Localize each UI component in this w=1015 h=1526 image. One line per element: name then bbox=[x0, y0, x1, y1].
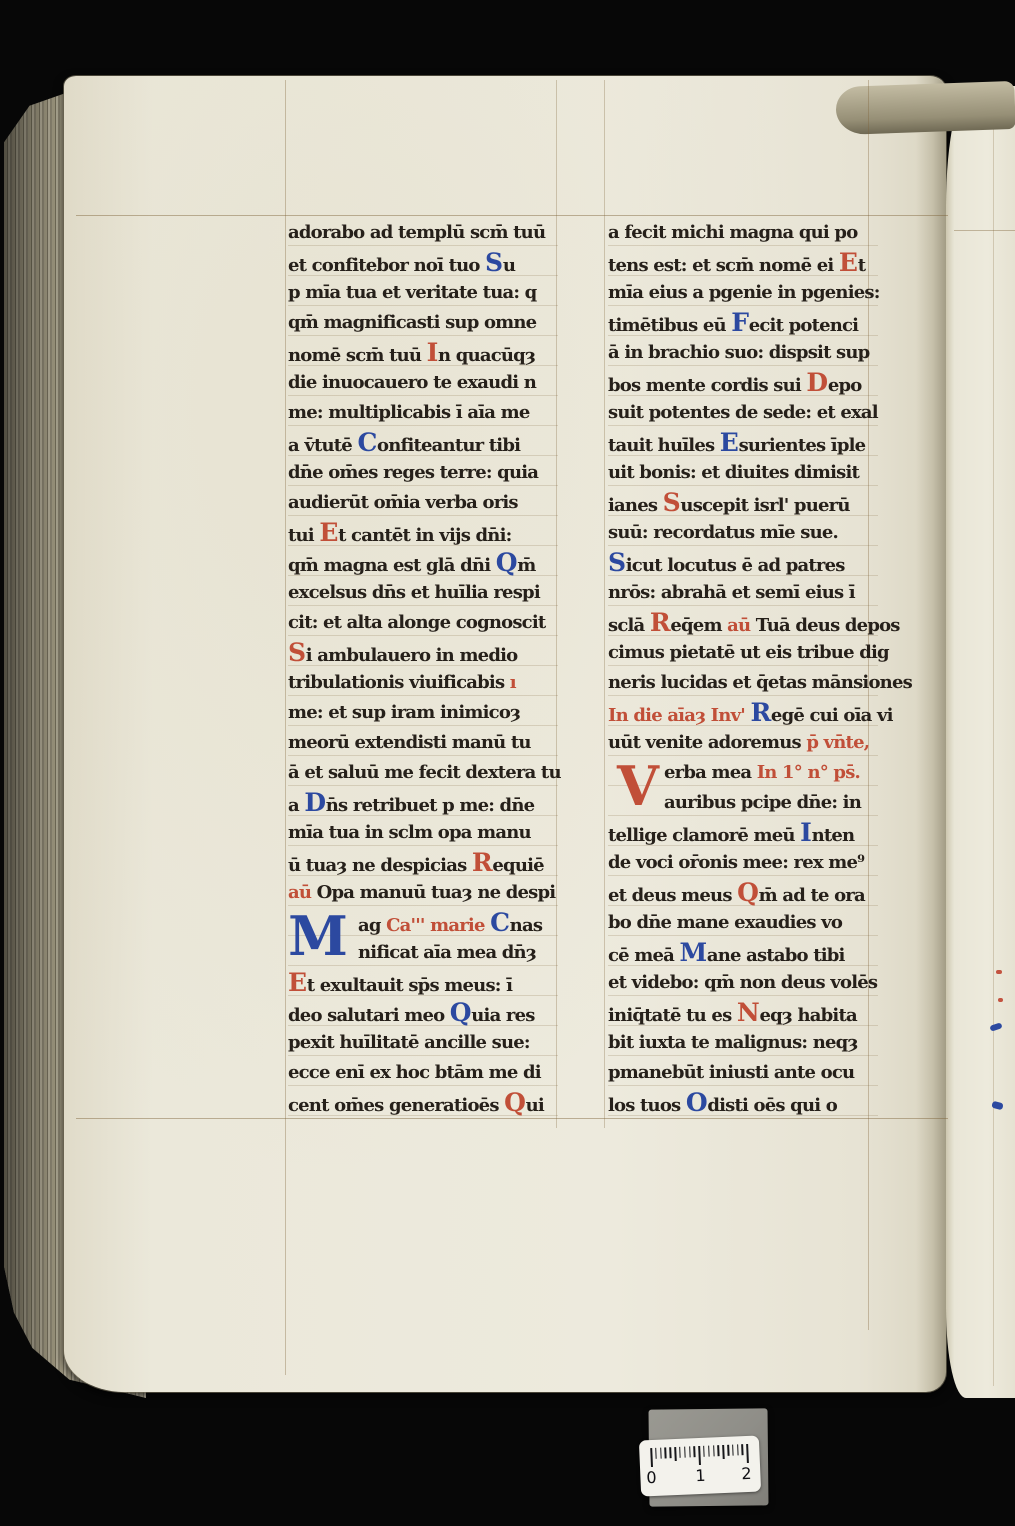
text-line: nomē scm̄ tuū In quacūqȝ bbox=[288, 338, 558, 368]
text-segment: tens est: et scm̄ nomē ei bbox=[608, 255, 839, 276]
text-segment: aū bbox=[727, 615, 756, 636]
ruler-tick bbox=[669, 1447, 671, 1458]
text-segment: adorabo ad templū scm̄ tuū bbox=[288, 222, 545, 243]
text-segment: icut locutus ē ad patres bbox=[626, 555, 845, 576]
text-segment: nten bbox=[812, 825, 855, 846]
text-segment: los tuos bbox=[608, 1095, 686, 1116]
text-line: suit potentes de sede: et exal bbox=[608, 398, 878, 428]
ruler-tick bbox=[674, 1447, 676, 1461]
text-segment: mīa eius a pgenie in pgenies: bbox=[608, 282, 880, 303]
ruler-tick bbox=[727, 1445, 729, 1456]
text-line: bit iuxta te malignus: neqȝ bbox=[608, 1028, 878, 1058]
ruler-tick bbox=[732, 1445, 734, 1456]
text-segment: de voci or̄onis mee: rex me⁹ bbox=[608, 852, 864, 873]
text-segment: u bbox=[503, 255, 515, 276]
text-segment: uūt venite adoremus bbox=[608, 732, 806, 753]
text-segment: ianes bbox=[608, 495, 663, 516]
illuminated-initial: Q bbox=[504, 1088, 525, 1117]
text-segment: uit bonis: et diuites dimisit bbox=[608, 462, 859, 483]
text-segment: nas bbox=[510, 915, 542, 936]
gutter-shadow bbox=[916, 76, 946, 1392]
text-segment: onfiteantur tibi bbox=[377, 435, 520, 456]
illuminated-initial: M bbox=[680, 938, 707, 967]
text-segment: me: multiplicabis ī aīa me bbox=[288, 402, 529, 423]
illuminated-initial: E bbox=[319, 518, 338, 547]
text-segment: timētibus eū bbox=[608, 315, 731, 336]
illuminated-initial: R bbox=[650, 608, 670, 637]
ruler-tick bbox=[718, 1445, 720, 1456]
text-line: iniq̄tatē tu es Neqȝ habita bbox=[608, 998, 878, 1028]
illuminated-initial: S bbox=[608, 548, 626, 577]
text-segment: egē cui oīa vi bbox=[771, 705, 893, 726]
text-segment: bos mente cordis sui bbox=[608, 375, 806, 396]
ruler-sticker: 0 1 2 bbox=[639, 1436, 761, 1497]
illuminated-initial: R bbox=[750, 698, 770, 727]
illuminated-initial-large: V bbox=[605, 756, 671, 818]
text-line: et deus meus Qm̄ ad te ora bbox=[608, 878, 878, 908]
ruler-tick bbox=[660, 1448, 662, 1459]
text-segment: t cantēt in vijs dn̄i: bbox=[338, 525, 511, 546]
text-line: adorabo ad templū scm̄ tuū bbox=[288, 218, 558, 248]
illuminated-initial: S bbox=[663, 488, 681, 517]
text-column-right: a fecit michi magna qui potens est: et s… bbox=[608, 218, 878, 1118]
text-segment: t bbox=[858, 255, 866, 276]
text-segment: iniq̄tatē tu es bbox=[608, 1005, 737, 1026]
ruler-tick bbox=[742, 1444, 744, 1455]
manuscript-photo: adorabo ad templū scm̄ tuūet confitebor … bbox=[0, 0, 1015, 1526]
ruler-tick bbox=[689, 1446, 691, 1457]
ruler-tick bbox=[708, 1446, 710, 1457]
illuminated-initial: I bbox=[800, 818, 811, 847]
text-segment: equiē bbox=[492, 855, 543, 876]
text-segment: die inuocauero te exaudi n bbox=[288, 372, 536, 393]
text-line: Et exultauit sp̄s meus: ī bbox=[288, 968, 558, 998]
text-column-left: adorabo ad templū scm̄ tuūet confitebor … bbox=[288, 218, 558, 1118]
text-segment: ag bbox=[358, 915, 386, 936]
text-segment: m̄ ad te ora bbox=[759, 885, 865, 906]
ruler-tick bbox=[737, 1444, 739, 1455]
illuminated-initial: S bbox=[288, 638, 306, 667]
text-line: tens est: et scm̄ nomē ei Et bbox=[608, 248, 878, 278]
text-segment: p̄ vn̄te, bbox=[806, 732, 869, 753]
ruler-ticks bbox=[650, 1444, 749, 1468]
text-line: ecce enī ex hoc btām me di bbox=[288, 1058, 558, 1088]
ruler-tick bbox=[703, 1446, 705, 1457]
text-segment: cit: et alta alonge cognoscit bbox=[288, 612, 545, 633]
text-line: cē meā Mane astabo tibi bbox=[608, 938, 878, 968]
text-segment: erba mea bbox=[664, 762, 757, 783]
text-segment: n̄s retribuet p me: dn̄e bbox=[326, 795, 535, 816]
text-segment: disti oēs qui o bbox=[707, 1095, 837, 1116]
ruler-number: 2 bbox=[741, 1464, 752, 1484]
illuminated-initial: C bbox=[490, 908, 510, 937]
text-segment: ı bbox=[510, 672, 516, 693]
text-segment: dn̄e om̄es reges terre: quia bbox=[288, 462, 538, 483]
text-line: los tuos Odisti oēs qui o bbox=[608, 1088, 878, 1118]
text-line: die inuocauero te exaudi n bbox=[288, 368, 558, 398]
illuminated-initial: F bbox=[731, 308, 748, 337]
illuminated-initial: E bbox=[288, 968, 307, 997]
ruling-line bbox=[993, 106, 994, 1386]
text-line: ā in brachio suo: dispsit sup bbox=[608, 338, 878, 368]
text-line: bos mente cordis sui Depo bbox=[608, 368, 878, 398]
ruler-tick bbox=[746, 1444, 748, 1463]
ruler-tick bbox=[684, 1447, 686, 1458]
text-segment: tellige clamorē meū bbox=[608, 825, 800, 846]
text-segment: et videbo: qm̄ non deus volēs bbox=[608, 972, 877, 993]
text-segment: cimus pietatē ut eis tribue dig bbox=[608, 642, 889, 663]
text-line: tribulationis viuificabis ı bbox=[288, 668, 558, 698]
text-segment: ā in brachio suo: dispsit sup bbox=[608, 342, 869, 363]
text-line: de voci or̄onis mee: rex me⁹ bbox=[608, 848, 878, 878]
text-segment: ui bbox=[526, 1095, 544, 1116]
text-segment: suū: recordatus mīe sue. bbox=[608, 522, 838, 543]
facing-page-edge bbox=[946, 86, 1015, 1398]
text-line: ianes Suscepit isrl' puerū bbox=[608, 488, 878, 518]
text-line: uit bonis: et diuites dimisit bbox=[608, 458, 878, 488]
text-segment: aū bbox=[288, 882, 317, 903]
ruling-line-top bbox=[76, 215, 948, 216]
text-segment: auribus pcipe dn̄e: in bbox=[664, 792, 861, 813]
illuminated-initial: C bbox=[357, 428, 377, 457]
ruling-line-vertical bbox=[285, 80, 286, 1375]
text-segment: uscepit isrl' puerū bbox=[680, 495, 849, 516]
text-segment: pmanebūt iniusti ante ocu bbox=[608, 1062, 854, 1083]
text-line: tui Et cantēt in vijs dn̄i: bbox=[288, 518, 558, 548]
text-segment: ane astabo tibi bbox=[707, 945, 845, 966]
text-line: mīa tua in sclm opa manu bbox=[288, 818, 558, 848]
illuminated-initial: D bbox=[304, 788, 325, 817]
text-segment: nomē scm̄ tuū bbox=[288, 345, 427, 366]
ruler-tick bbox=[693, 1446, 695, 1457]
text-segment: t exultauit sp̄s meus: ī bbox=[307, 975, 512, 996]
ruler-tick bbox=[698, 1446, 700, 1465]
text-line: nrōs: abrahā et semī eius ī bbox=[608, 578, 878, 608]
text-line: tellige clamorē meū Inten bbox=[608, 818, 878, 848]
ruler-tick bbox=[650, 1448, 652, 1467]
text-line: pexit huīlitatē ancille sue: bbox=[288, 1028, 558, 1058]
text-segment: et confitebor noī tuo bbox=[288, 255, 485, 276]
text-segment: a bbox=[288, 795, 304, 816]
text-segment: suit potentes de sede: et exal bbox=[608, 402, 878, 423]
illuminated-initial: R bbox=[472, 848, 492, 877]
text-segment: n quacūqȝ bbox=[438, 345, 535, 366]
text-line: me: et sup iram inimicoȝ bbox=[288, 698, 558, 728]
text-line: ā et saluū me fecit dextera tu bbox=[288, 758, 558, 788]
text-segment: ā et saluū me fecit dextera tu bbox=[288, 762, 561, 783]
text-segment: pexit huīlitatē ancille sue: bbox=[288, 1032, 530, 1053]
text-segment: meorū extendisti manū tu bbox=[288, 732, 531, 753]
text-segment: nrōs: abrahā et semī eius ī bbox=[608, 582, 855, 603]
text-segment: qm̄ magnificasti sup omne bbox=[288, 312, 536, 333]
text-segment: deo salutari meo bbox=[288, 1005, 450, 1026]
text-segment: eqȝ habita bbox=[759, 1005, 856, 1026]
illuminated-initial: O bbox=[686, 1088, 707, 1117]
text-line: ū tuaȝ ne despicias Requiē bbox=[288, 848, 558, 878]
text-segment: audierūt om̄ia verba oris bbox=[288, 492, 518, 513]
text-segment: ū tuaȝ ne despicias bbox=[288, 855, 472, 876]
illuminated-initial: Q bbox=[737, 878, 758, 907]
text-segment: tauit huīles bbox=[608, 435, 720, 456]
illuminated-initial: D bbox=[806, 368, 827, 397]
text-line: et confitebor noī tuo Su bbox=[288, 248, 558, 278]
text-line: meorū extendisti manū tu bbox=[288, 728, 558, 758]
text-line: timētibus eū Fecit potenci bbox=[608, 308, 878, 338]
red-ink-mark bbox=[998, 998, 1003, 1002]
ruling-line-bottom bbox=[76, 1118, 948, 1119]
illuminated-initial: N bbox=[737, 998, 760, 1027]
text-segment: tribulationis viuificabis bbox=[288, 672, 510, 693]
text-line: a v̄tutē Confiteantur tibi bbox=[288, 428, 558, 458]
text-line: tauit huīles Esurientes īple bbox=[608, 428, 878, 458]
text-segment: neris lucidas et q̄etas mānsiones bbox=[608, 672, 912, 693]
text-line: suū: recordatus mīe sue. bbox=[608, 518, 878, 548]
blue-ink-mark bbox=[989, 1022, 1002, 1031]
ruling-line bbox=[954, 230, 1015, 231]
text-line: dn̄e om̄es reges terre: quia bbox=[288, 458, 558, 488]
text-line: deo salutari meo Quia res bbox=[288, 998, 558, 1028]
text-segment: bo dn̄e mane exaudies vo bbox=[608, 912, 842, 933]
text-line: neris lucidas et q̄etas mānsiones bbox=[608, 668, 878, 698]
text-segment: In 1° n° ps̄. bbox=[757, 762, 860, 783]
text-segment: bit iuxta te malignus: neqȝ bbox=[608, 1032, 858, 1053]
text-line: qm̄ magnificasti sup omne bbox=[288, 308, 558, 338]
text-segment: p mīa tua et veritate tua: q bbox=[288, 282, 536, 303]
ruler-tick bbox=[655, 1448, 657, 1459]
text-segment: cē meā bbox=[608, 945, 680, 966]
text-segment: epo bbox=[828, 375, 862, 396]
text-line: pmanebūt iniusti ante ocu bbox=[608, 1058, 878, 1088]
text-segment: et deus meus bbox=[608, 885, 737, 906]
illuminated-initial: Q bbox=[496, 548, 517, 577]
text-line: et videbo: qm̄ non deus volēs bbox=[608, 968, 878, 998]
illuminated-initial: E bbox=[839, 248, 858, 277]
text-segment: mīa tua in sclm opa manu bbox=[288, 822, 531, 843]
text-line: qm̄ magna est glā dn̄i Qm̄ bbox=[288, 548, 558, 578]
ruler-number: 1 bbox=[695, 1466, 706, 1486]
text-line: In die aīaȝ Inv' Regē cui oīa vi bbox=[608, 698, 878, 728]
text-segment: ecit potenci bbox=[749, 315, 858, 336]
text-line: cent om̄es generatioēs Qui bbox=[288, 1088, 558, 1118]
text-segment: surientes īple bbox=[739, 435, 866, 456]
illuminated-initial: I bbox=[427, 338, 438, 367]
rolled-parchment-edge bbox=[835, 81, 1015, 135]
illuminated-initial: E bbox=[720, 428, 739, 457]
ruler-tick bbox=[665, 1447, 667, 1458]
text-line: sclā Req̄em aū Tuā deus depos bbox=[608, 608, 878, 638]
text-line: cimus pietatē ut eis tribue dig bbox=[608, 638, 878, 668]
text-segment: excelsus dn̄s et huīlia respi bbox=[288, 582, 540, 603]
text-line: mīa eius a pgenie in pgenies: bbox=[608, 278, 878, 308]
text-line: bo dn̄e mane exaudies vo bbox=[608, 908, 878, 938]
text-segment: i ambulauero in medio bbox=[306, 645, 518, 666]
illuminated-initial: S bbox=[485, 248, 503, 277]
text-segment: Ca''' marie bbox=[386, 915, 490, 936]
text-line: p mīa tua et veritate tua: q bbox=[288, 278, 558, 308]
text-segment: a v̄tutē bbox=[288, 435, 357, 456]
text-segment: eq̄em bbox=[670, 615, 727, 636]
ruler-tick bbox=[713, 1445, 715, 1456]
text-segment: cent om̄es generatioēs bbox=[288, 1095, 504, 1116]
text-line: Sicut locutus ē ad patres bbox=[608, 548, 878, 578]
text-segment: In die aīaȝ Inv' bbox=[608, 705, 750, 726]
text-line: cit: et alta alonge cognoscit bbox=[288, 608, 558, 638]
text-segment: ecce enī ex hoc btām me di bbox=[288, 1062, 541, 1083]
illuminated-initial-large: M bbox=[285, 906, 351, 968]
ruler-number: 0 bbox=[646, 1468, 657, 1488]
text-segment: Tuā deus depos bbox=[756, 615, 900, 636]
text-segment: sclā bbox=[608, 615, 650, 636]
text-segment: uia res bbox=[471, 1005, 534, 1026]
text-segment: tui bbox=[288, 525, 319, 546]
illuminated-initial: Q bbox=[450, 998, 471, 1027]
ruler-tick bbox=[722, 1445, 724, 1459]
text-line: audierūt om̄ia verba oris bbox=[288, 488, 558, 518]
text-segment: qm̄ magna est glā dn̄i bbox=[288, 555, 496, 576]
red-ink-mark bbox=[996, 970, 1002, 974]
text-segment: a fecit michi magna qui po bbox=[608, 222, 857, 243]
text-line: excelsus dn̄s et huīlia respi bbox=[288, 578, 558, 608]
text-line: Si ambulauero in medio bbox=[288, 638, 558, 668]
text-line: a fecit michi magna qui po bbox=[608, 218, 878, 248]
ruling-line-vertical bbox=[604, 80, 605, 1128]
text-line: me: multiplicabis ī aīa me bbox=[288, 398, 558, 428]
ruler-tick bbox=[679, 1447, 681, 1458]
text-segment: m̄ bbox=[517, 555, 535, 576]
text-segment: Opa manuū tuaȝ ne despi bbox=[317, 882, 556, 903]
text-segment: me: et sup iram inimicoȝ bbox=[288, 702, 520, 723]
text-segment: nificat aīa mea dn̄ȝ bbox=[358, 942, 536, 963]
text-line: a Dn̄s retribuet p me: dn̄e bbox=[288, 788, 558, 818]
